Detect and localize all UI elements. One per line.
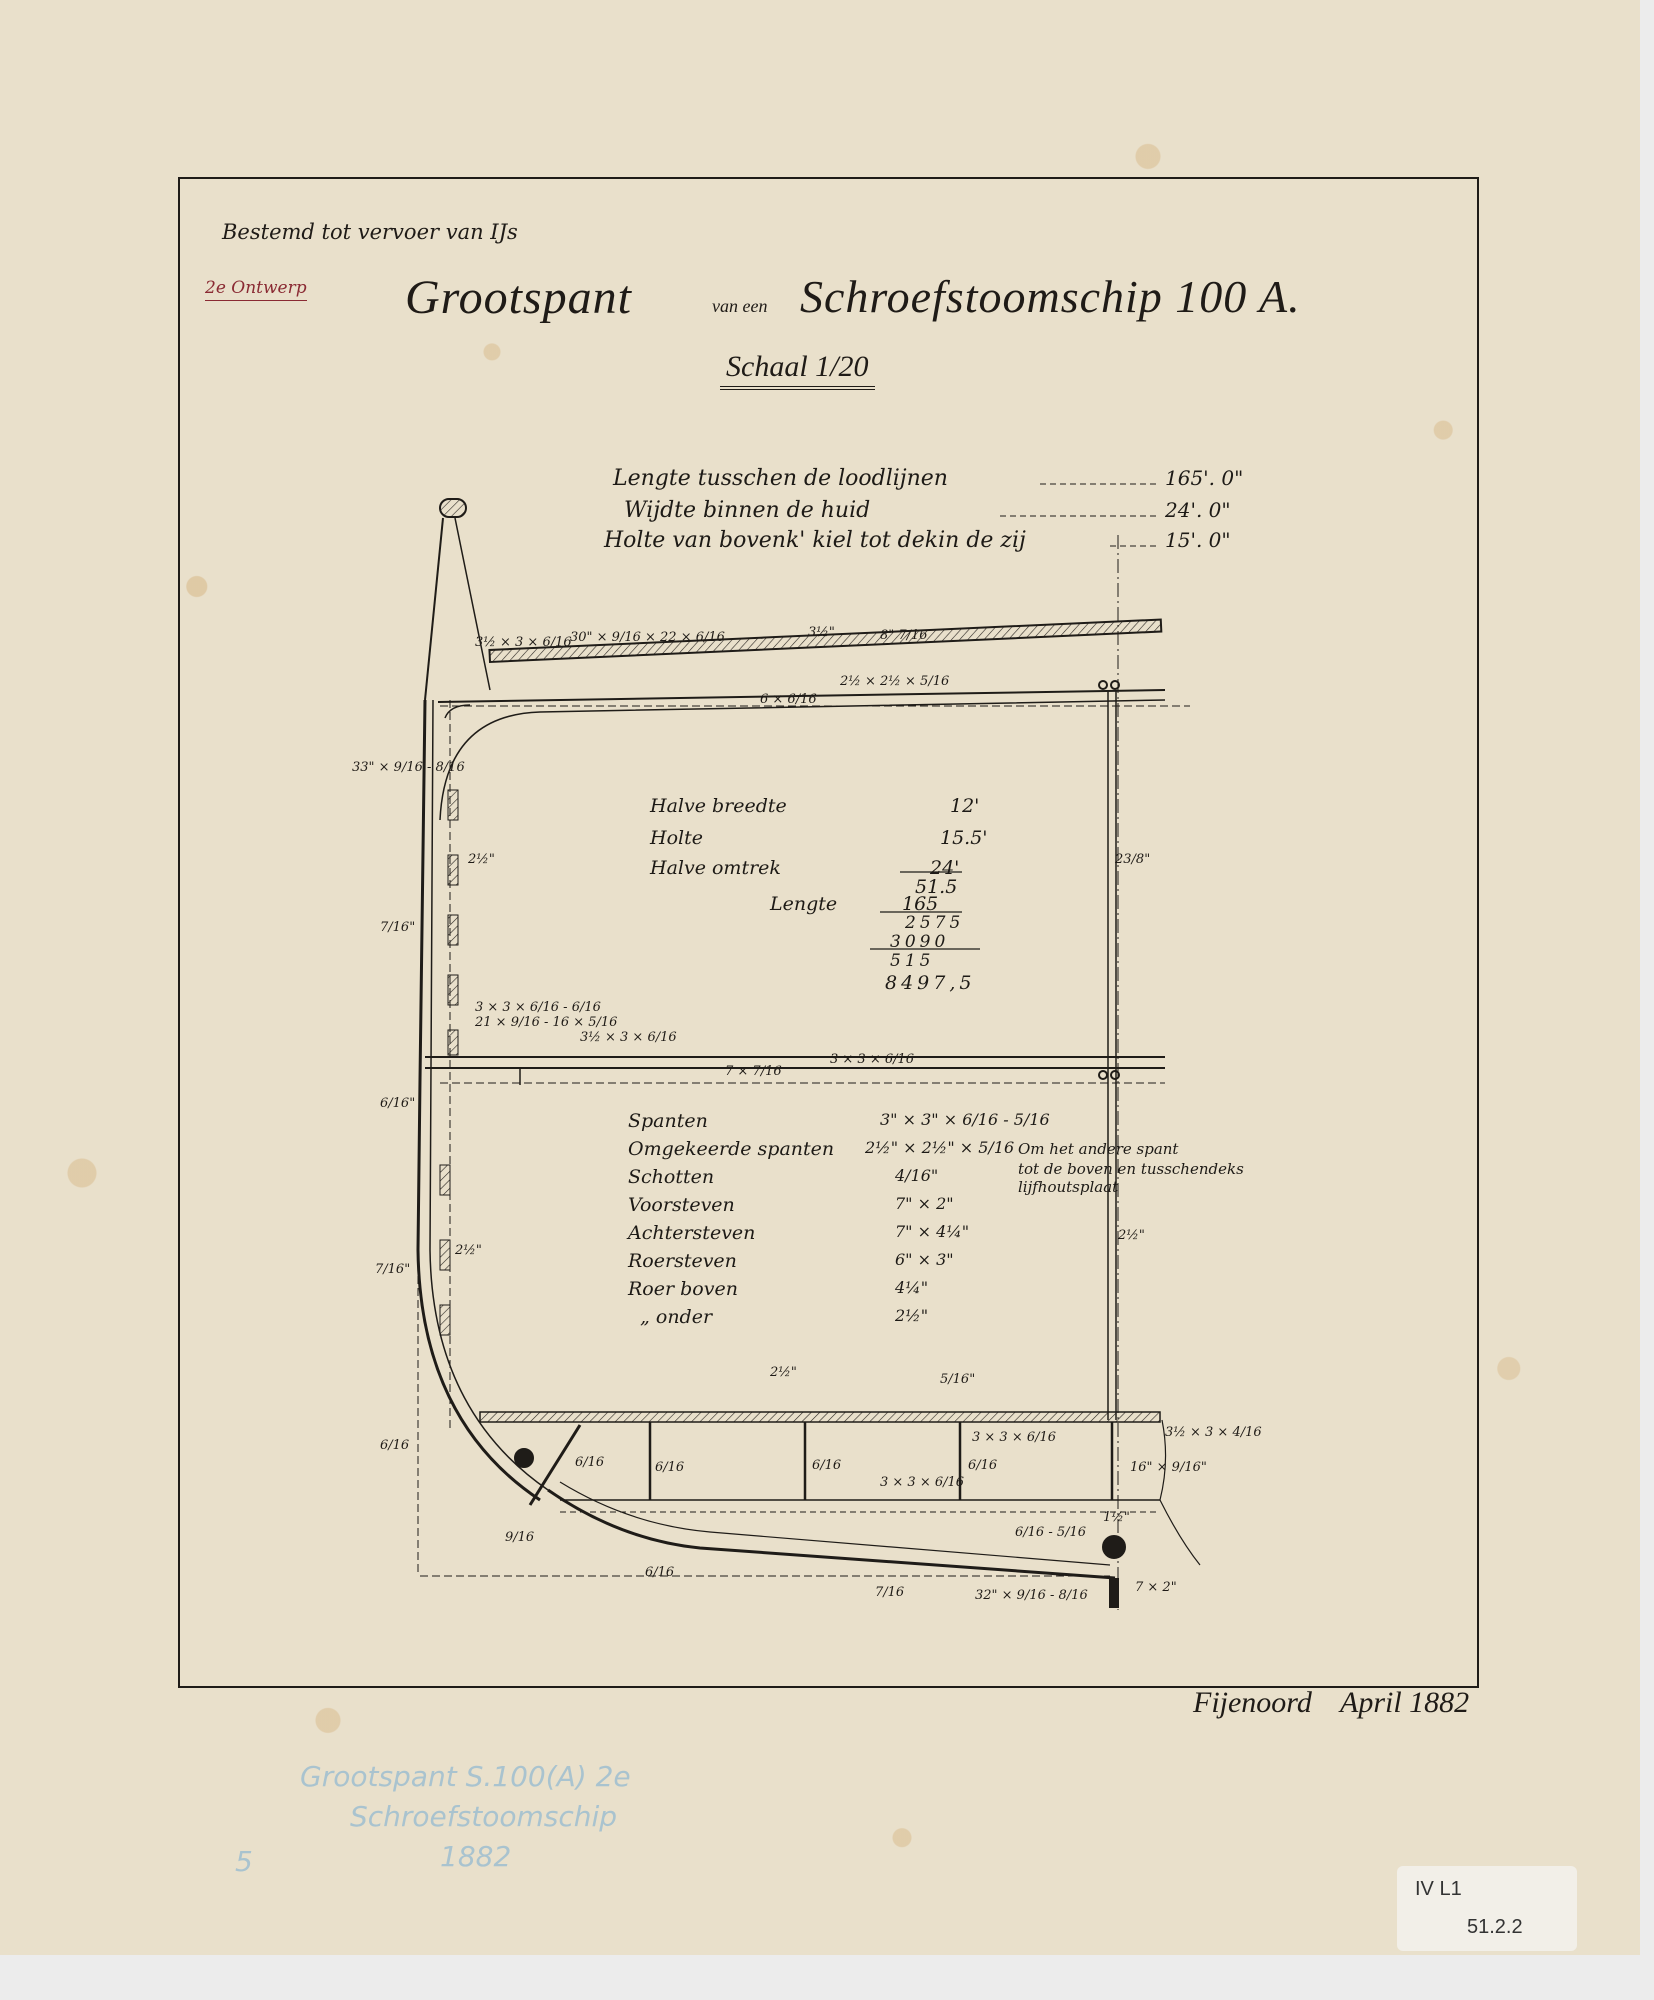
annotation: 3½ × 3 × 6/16	[475, 635, 572, 650]
pencil-note: Grootspant S.100(A) 2e	[300, 1760, 631, 1793]
annotation: 7/16	[875, 1585, 904, 1600]
scantling-value: 2½" × 2½" × 5/16	[865, 1138, 1014, 1157]
pencil-note: 1882	[440, 1840, 511, 1873]
scantling-value: 7" × 4¼"	[895, 1222, 969, 1241]
annotation: 5/16"	[940, 1372, 975, 1387]
calc-partial: 2575	[905, 913, 964, 933]
annotation: 3 × 3 × 6/16 - 6/16	[475, 1000, 601, 1015]
calc-label: Holte	[650, 827, 703, 849]
archive-label-line2: 51.2.2	[1467, 1916, 1523, 1939]
annotation: 7/16"	[375, 1262, 410, 1277]
annotation: 7 × 7/16	[725, 1064, 782, 1079]
annotation: 3 × 3 × 6/16	[972, 1430, 1056, 1445]
calc-length-label: Lengte	[770, 893, 837, 915]
scantling-label: Schotten	[628, 1166, 714, 1188]
archive-label: IV L1 51.2.2	[1397, 1866, 1577, 1951]
scantling-value: 4/16"	[895, 1166, 938, 1185]
calc-length-value: 165	[902, 893, 938, 915]
scantling-note: Om het andere spant	[1018, 1140, 1178, 1158]
annotation: 3 × 3 × 6/16	[880, 1475, 964, 1490]
annotation: 6/16	[968, 1458, 997, 1473]
annotation: 9/16	[505, 1530, 534, 1545]
signature-place: Fijenoord	[1193, 1686, 1312, 1720]
scantling-value: 4¼"	[895, 1278, 928, 1297]
scantling-label: Voorsteven	[628, 1194, 735, 1216]
annotation: 21 × 9/16 - 16 × 5/16	[475, 1015, 617, 1030]
annotation: 3½ × 3 × 6/16	[580, 1030, 677, 1045]
annotation: 6/16 - 5/16	[1015, 1525, 1086, 1540]
calc-label: Halve breedte	[650, 795, 787, 817]
scantling-value: 2½"	[895, 1306, 928, 1325]
annotation: 16" × 9/16"	[1130, 1460, 1207, 1475]
annotation: 6/16	[645, 1565, 674, 1580]
scantling-note: lijfhoutsplaat	[1018, 1178, 1118, 1196]
annotation: 6/16	[655, 1460, 684, 1475]
annotation: 30" × 9/16 × 22 × 6/16	[570, 630, 725, 645]
annotation: 6/16	[575, 1455, 604, 1470]
calc-value: 12'	[950, 795, 979, 817]
scantling-value: 6" × 3"	[895, 1250, 954, 1269]
calc-partial: 515	[890, 951, 934, 971]
annotation: 2½"	[468, 852, 495, 867]
signature-date: April 1882	[1340, 1686, 1469, 1720]
calc-partial: 3090	[890, 932, 949, 952]
annotation: 6/16"	[380, 1096, 415, 1111]
pencil-number: 5	[235, 1845, 253, 1878]
annotation: 2½"	[455, 1243, 482, 1258]
annotation: 3 × 3 × 6/16	[830, 1052, 914, 1067]
archive-label-line1: IV L1	[1415, 1878, 1462, 1901]
pencil-note: Schroefstoomschip	[350, 1800, 617, 1833]
calc-label: Halve omtrek	[650, 857, 781, 879]
scantling-label: „ onder	[640, 1306, 712, 1328]
scantling-note: tot de boven en tusschendeks	[1018, 1160, 1244, 1178]
scantling-value: 7" × 2"	[895, 1194, 954, 1213]
annotation: 6/16	[812, 1458, 841, 1473]
annotation: 1½"	[1103, 1510, 1130, 1525]
scantling-label: Spanten	[628, 1110, 708, 1132]
annotation: 3½ × 3 × 4/16	[1165, 1425, 1262, 1440]
annotation: 8" 7/16	[880, 628, 928, 643]
annotation: 2½"	[1118, 1228, 1145, 1243]
scantling-label: Omgekeerde spanten	[628, 1138, 834, 1160]
annotation: 2½ × 2½ × 5/16	[840, 674, 949, 689]
drawing-sheet: Bestemd tot vervoer van IJs 2e Ontwerp G…	[0, 0, 1640, 1955]
annotation: 32" × 9/16 - 8/16	[975, 1588, 1088, 1603]
annotation: 6/16	[380, 1438, 409, 1453]
scantling-value: 3" × 3" × 6/16 - 5/16	[880, 1110, 1050, 1129]
annotation: 2½"	[770, 1365, 797, 1380]
scantling-label: Roer boven	[628, 1278, 738, 1300]
annotation: 7/16"	[380, 920, 415, 935]
scantling-label: Roersteven	[628, 1250, 737, 1272]
calc-value: 15.5'	[940, 827, 988, 849]
annotation: 23/8"	[1115, 852, 1150, 867]
scantling-label: Achtersteven	[628, 1222, 755, 1244]
annotation: 6 × 6/16	[760, 692, 817, 707]
calc-result: 8497,5	[885, 972, 975, 994]
annotation: 3½"	[808, 625, 835, 640]
annotation: 7 × 2"	[1135, 1580, 1177, 1595]
annotation: 33" × 9/16 - 8/16	[352, 760, 465, 775]
